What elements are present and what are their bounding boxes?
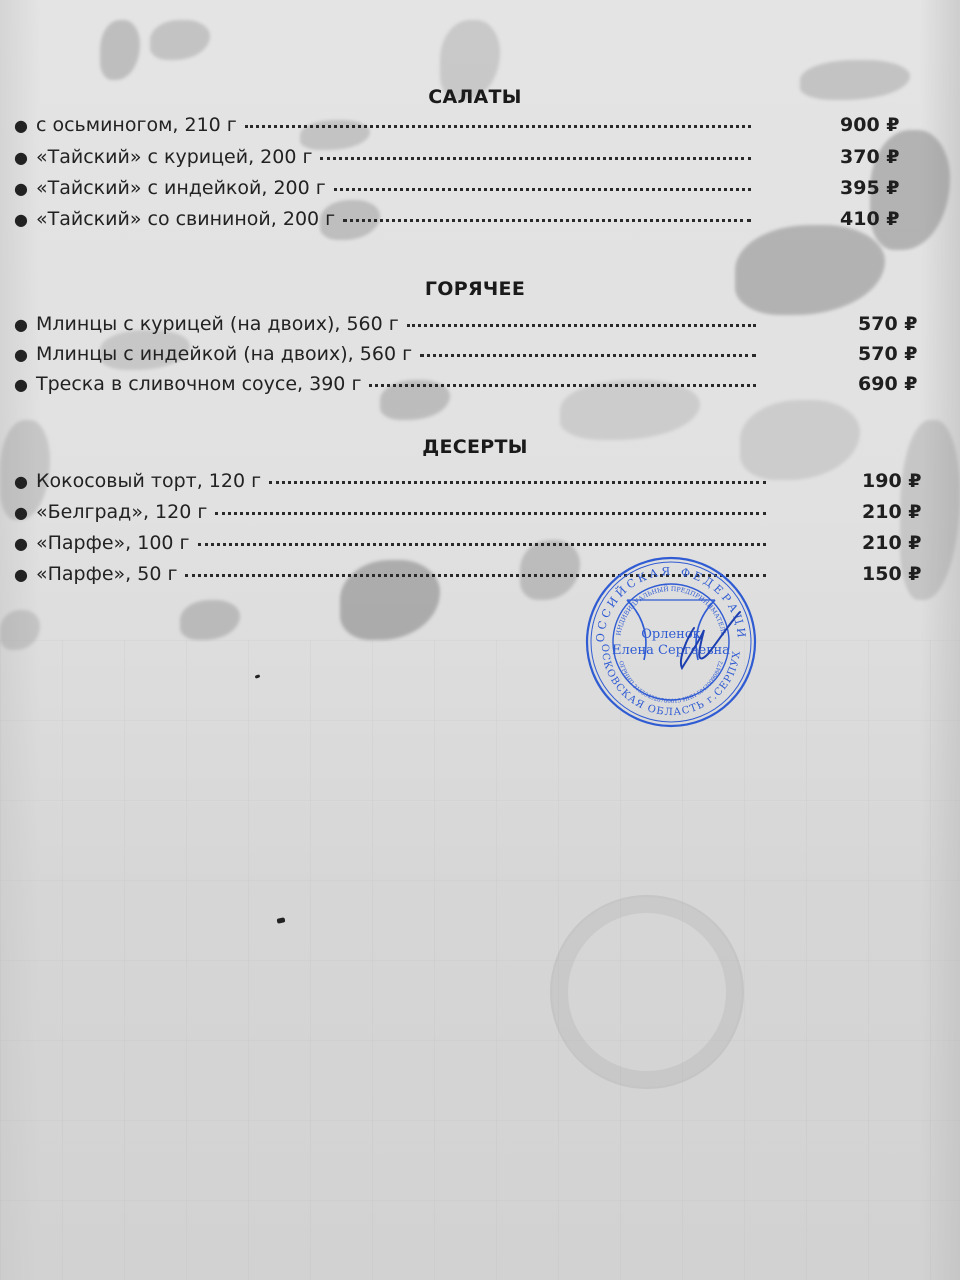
item-name: «Тайский» со свининой, 200 г	[36, 208, 335, 230]
item-price: 210 ₽	[862, 532, 947, 554]
item-price: 570 ₽	[858, 313, 943, 335]
menu-item: ● Млинцы с курицей (на двоих), 560 г	[14, 313, 764, 339]
dot-leader	[215, 512, 766, 515]
item-price: 150 ₽	[862, 563, 947, 585]
bullet-icon: ●	[14, 315, 36, 334]
item-name: Млинцы с курицей (на двоих), 560 г	[36, 313, 399, 335]
menu-item: ● Кокосовый торт, 120 г	[14, 470, 774, 496]
section-title-desserts: ДЕСЕРТЫ	[0, 436, 950, 458]
bullet-icon: ●	[14, 375, 36, 394]
bullet-icon: ●	[14, 534, 36, 553]
item-price: 690 ₽	[858, 373, 943, 395]
print-through-grid	[0, 640, 960, 1280]
bullet-icon: ●	[14, 210, 36, 229]
dot-leader	[420, 354, 756, 357]
dot-leader	[343, 219, 751, 222]
dot-leader	[269, 481, 766, 484]
menu-page: САЛАТЫ ● с осьминогом, 210 г 900 ₽ ● «Та…	[0, 0, 960, 1280]
ink-speck	[255, 674, 261, 679]
item-price: 210 ₽	[862, 501, 947, 523]
menu-item: ● «Тайский» со свининой, 200 г	[14, 208, 759, 234]
item-price: 410 ₽	[840, 208, 925, 230]
menu-item: ● Треска в сливочном соусе, 390 г	[14, 373, 764, 399]
section-title-salads: САЛАТЫ	[0, 86, 950, 108]
menu-item: ● «Тайский» с индейкой, 200 г	[14, 177, 759, 203]
item-price: 370 ₽	[840, 146, 925, 168]
menu-item: ● с осьминогом, 210 г	[14, 114, 759, 140]
item-name: «Парфе», 50 г	[36, 563, 177, 585]
bullet-icon: ●	[14, 116, 36, 135]
bullet-icon: ●	[14, 503, 36, 522]
seal-stamp: РОССИЙСКАЯ ФЕДЕРАЦИЯ МОСКОВСКАЯ ОБЛАСТЬ …	[582, 550, 760, 734]
bullet-icon: ●	[14, 345, 36, 364]
item-name: «Тайский» с курицей, 200 г	[36, 146, 312, 168]
item-price: 395 ₽	[840, 177, 925, 199]
item-name: Млинцы с индейкой (на двоих), 560 г	[36, 343, 412, 365]
stamp-name-line1: Орленок	[641, 627, 701, 642]
item-name: с осьминогом, 210 г	[36, 114, 237, 136]
bullet-icon: ●	[14, 148, 36, 167]
dot-leader	[245, 125, 751, 128]
bullet-icon: ●	[14, 565, 36, 584]
dot-leader	[369, 384, 756, 387]
item-name: Треска в сливочном соусе, 390 г	[36, 373, 361, 395]
stamp-ghost-impression	[550, 895, 744, 1089]
menu-item: ● Млинцы с индейкой (на двоих), 560 г	[14, 343, 764, 369]
item-name: Кокосовый торт, 120 г	[36, 470, 261, 492]
item-name: «Парфе», 100 г	[36, 532, 190, 554]
bullet-icon: ●	[14, 179, 36, 198]
item-price: 190 ₽	[862, 470, 947, 492]
item-price: 570 ₽	[858, 343, 943, 365]
section-title-hot: ГОРЯЧЕЕ	[0, 278, 950, 300]
menu-item: ● «Тайский» с курицей, 200 г	[14, 146, 759, 172]
dot-leader	[320, 157, 751, 160]
item-name: «Белград», 120 г	[36, 501, 207, 523]
stamp-name-line2: Елена Сергеевна	[612, 643, 730, 658]
item-name: «Тайский» с индейкой, 200 г	[36, 177, 326, 199]
dot-leader	[334, 188, 751, 191]
item-price: 900 ₽	[840, 114, 925, 136]
ink-speck	[277, 917, 286, 924]
dot-leader	[198, 543, 766, 546]
bullet-icon: ●	[14, 472, 36, 491]
dot-leader	[407, 324, 756, 327]
menu-item: ● «Белград», 120 г	[14, 501, 774, 527]
